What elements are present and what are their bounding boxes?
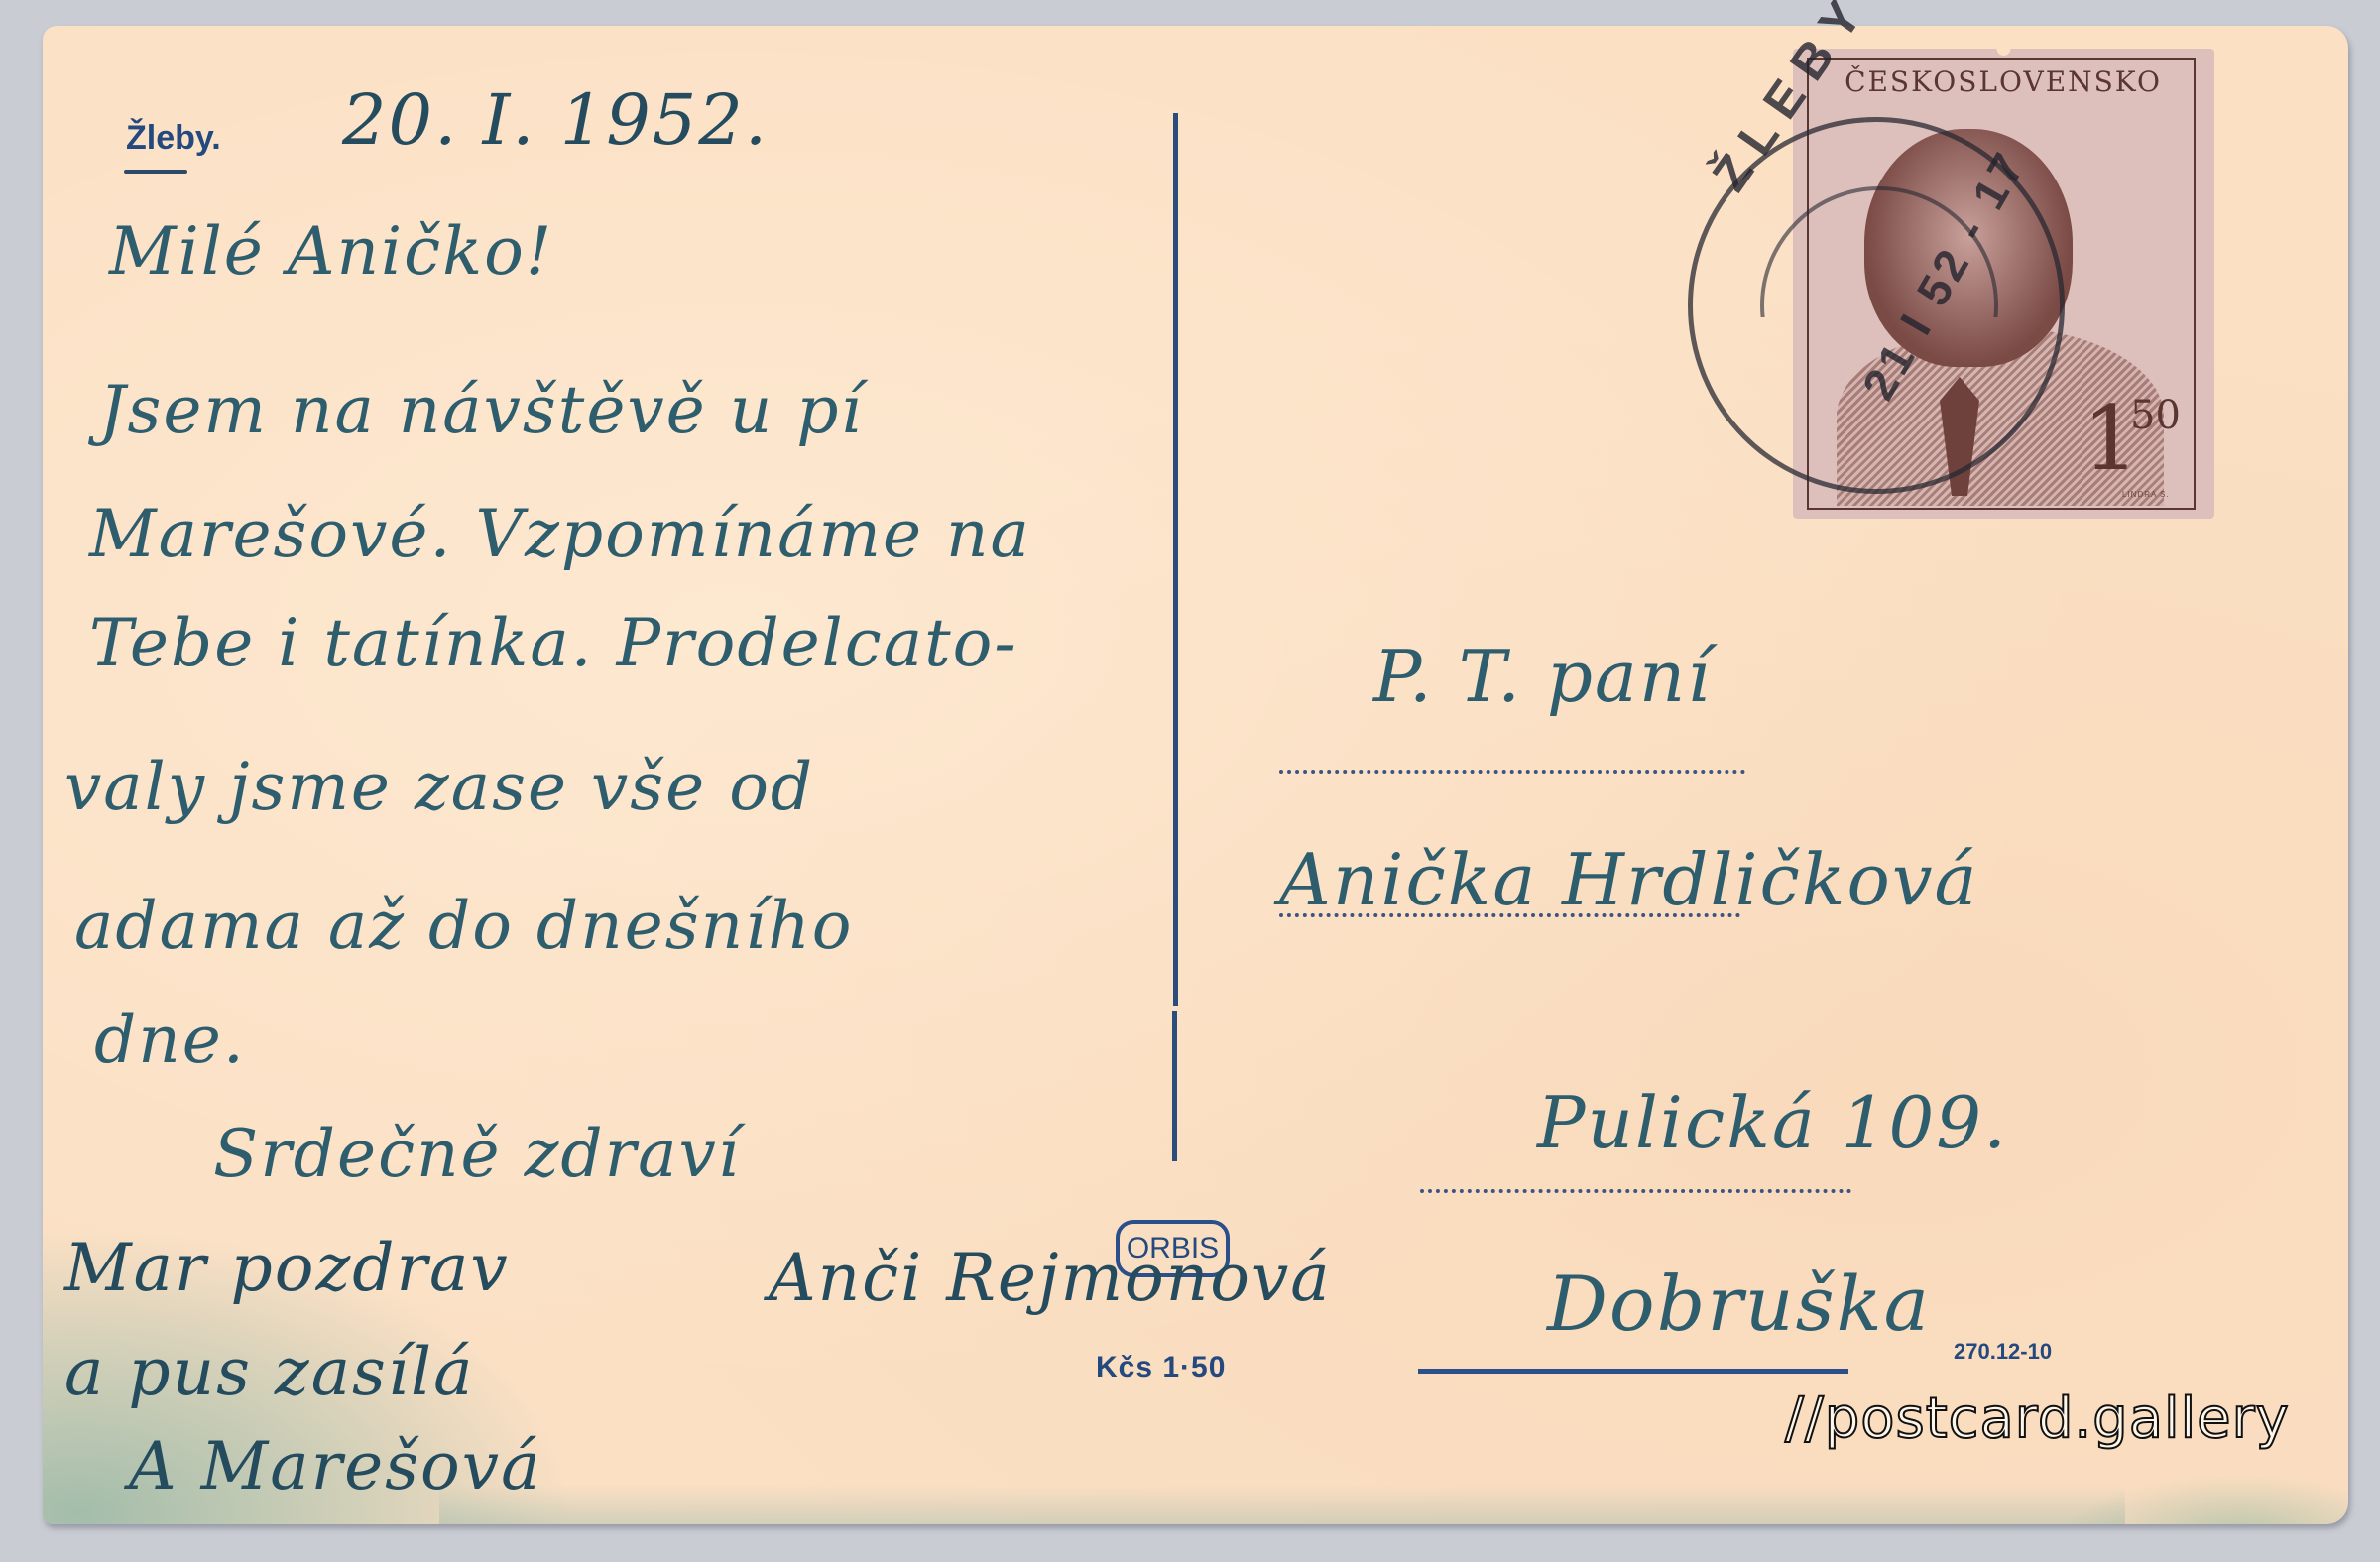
message-greeting: Milé Aničko! — [109, 213, 553, 290]
address-line-3 — [1420, 1189, 1851, 1193]
stamp-value-fraction: 50 — [2130, 393, 2181, 438]
signature-line: Mar pozdrav — [64, 1230, 510, 1306]
card-divider-line — [1172, 1011, 1177, 1161]
message-line: Tebe i tatínka. Prodelcato- — [89, 605, 1018, 681]
stamp-country: ČESKOSLOVENSKO — [1811, 65, 2196, 98]
message-line: valy jsme zase vše od — [64, 749, 814, 825]
signature-line: A Marešová — [129, 1428, 541, 1504]
signature-line: a pus zasílá — [64, 1334, 475, 1410]
water-stain — [2061, 1475, 2348, 1524]
co-signature: Anči Rejmonová — [769, 1240, 1332, 1316]
town-underline — [124, 170, 187, 174]
message-line: Marešové. Vzpomínáme na — [89, 496, 1031, 572]
serial-number: 270.12-10 — [1954, 1339, 2052, 1365]
message-line: Jsem na návštěvě u pí — [99, 372, 864, 448]
stamp-engraver: LINDRA S. — [2122, 490, 2170, 499]
address-street: Pulická 109. — [1537, 1081, 2008, 1164]
town-stamp: Žleby. — [126, 119, 221, 158]
water-stain — [439, 1485, 2125, 1524]
address-line-1 — [1279, 770, 1745, 774]
address-name: Anička Hrdličková — [1279, 838, 1978, 921]
message-date: 20. I. 1952. — [342, 79, 769, 161]
printed-price: Kčs 1·50 — [1096, 1351, 1226, 1384]
card-divider-line — [1173, 113, 1178, 1006]
message-line: dne. — [94, 1002, 246, 1078]
watermark: //postcard.gallery — [1785, 1386, 2290, 1451]
message-line: adama až do dnešního — [74, 888, 853, 964]
message-closing: Srdečně zdraví — [213, 1116, 741, 1192]
address-salutation: P. T. paní — [1373, 635, 1712, 718]
address-line-4 — [1418, 1369, 1848, 1374]
address-city: Dobruška — [1547, 1260, 1931, 1348]
